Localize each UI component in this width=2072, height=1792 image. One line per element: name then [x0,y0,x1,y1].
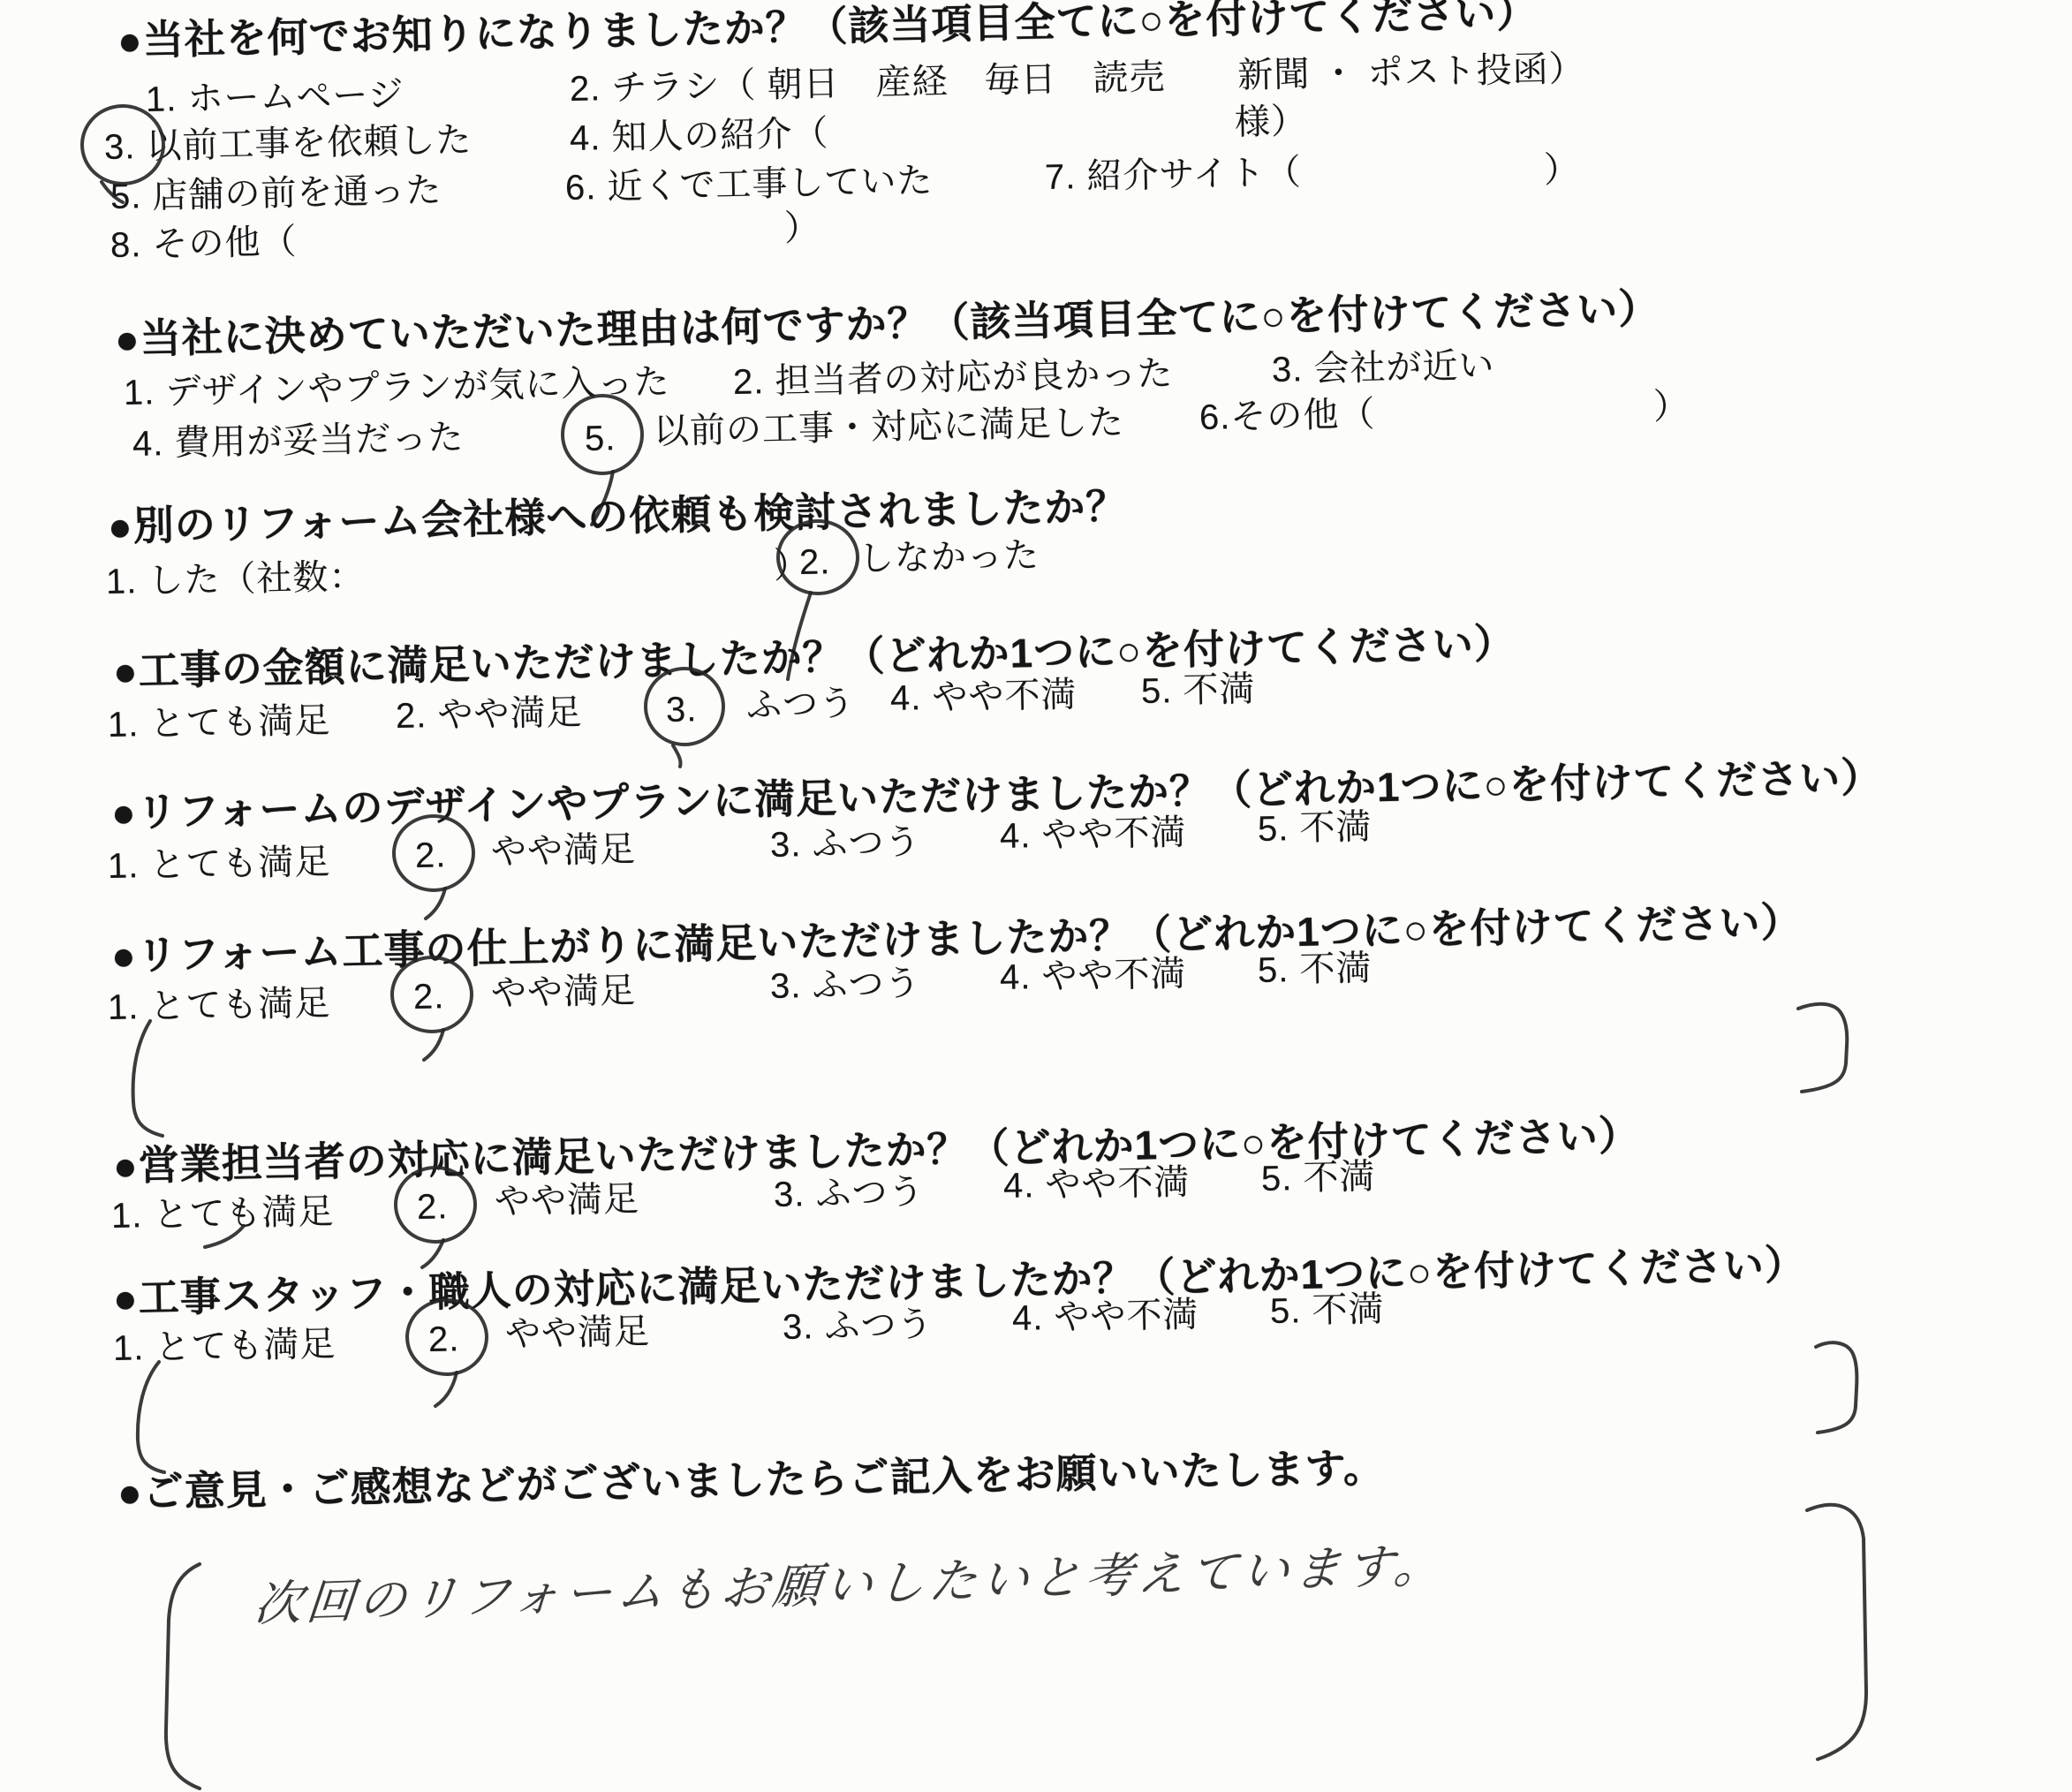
q2-option-3: 3. 会社が近い [1272,347,1495,389]
q6-heading: ●リフォーム工事の仕上がりに満足いただけましたか？（どれか1つに○を付けてくださ… [111,901,1803,979]
q7-option-4: 4. やや不満 [1003,1164,1191,1206]
q1-option-1: 1. ホームページ [146,76,405,119]
q1-option-4: 4. 知人の紹介（ [570,115,829,158]
handwritten-bracket-right-3-icon [1802,1493,1879,1768]
q8-option-2-text: やや満足 [505,1313,651,1354]
handwritten-bracket-right-2-icon [1811,1335,1864,1437]
q3-option-2-text: しなかった [858,537,1040,578]
q5-heading: ●リフォームのデザインやプランに満足いただけましたか？（どれか1つに○を付けてく… [111,756,1883,836]
handwritten-circle-q4-answer-3-icon [641,664,734,770]
q2-option-5-text: 以前の工事・対応に満足した [654,404,1125,451]
q7-option-3: 3. ふつう [774,1174,925,1215]
q9-heading: ●ご意見・ご感想などがございましたらご記入をお願いいたします。 [117,1446,1386,1515]
q5-option-2-text: やや満足 [491,831,637,872]
handwritten-bracket-left-3-icon [152,1560,210,1792]
handwritten-bracket-left-2-icon [122,1358,179,1475]
q3-option-1: 1. した（社数： [106,558,366,601]
q8-heading: ●工事スタッフ・職人の対応に満足いただけましたか？（どれか1つに○を付けてくださ… [113,1244,1807,1321]
handwritten-circle-q6-answer-2-icon [389,954,484,1062]
q5-option-3: 3. ふつう [770,824,921,866]
scanned-survey-sheet: ●当社を何でお知りになりましたか？（該当項目全てに○を付けてください） 1. ホ… [0,0,2072,1792]
q8-option-5: 5. 不満 [1270,1290,1385,1331]
q8-option-4: 4. やや不満 [1012,1297,1199,1338]
q6-option-2-text: やや満足 [491,972,637,1013]
q2-option-2: 2. 担当者の対応が良かった [733,355,1174,402]
q4-option-2: 2. やや満足 [396,694,583,736]
q2-option-4: 4. 費用が妥当だった [132,419,465,464]
q1-option-8-close-paren: ） [784,209,821,248]
q1-option-2: 2. チラシ（ 朝日 産経 毎日 読売 新聞 ・ ポスト投函） [570,50,1585,109]
q7-option-2-text: やや満足 [495,1181,640,1221]
q1-option-7: 7. 紹介サイト（ [1045,154,1302,197]
q1-option-4-suffix: 様） [1235,102,1308,142]
handwritten-circle-q5-answer-2-icon [390,813,486,920]
handwritten-circle-q7-answer-2-icon [392,1164,488,1272]
q7-option-5: 5. 不満 [1261,1158,1376,1198]
q1-option-8: 8. その他（ [110,223,298,265]
handwritten-bracket-left-1-icon [117,1017,178,1141]
q4-option-1: 1. とても満足 [108,702,331,745]
q1-option-7-close-paren: ） [1544,151,1581,190]
q1-option-6: 6. 近くで工事していた [565,163,934,208]
q8-option-3: 3. ふつう [783,1306,934,1348]
pen-mark-icon [201,1222,251,1252]
q5-option-5: 5. 不満 [1258,808,1373,849]
q6-option-4: 4. やや不満 [1000,956,1187,997]
q4-option-4: 4. やや不満 [890,677,1078,718]
q4-option-3-text: ふつう [746,685,856,726]
q2-option-6-close-paren: ） [1653,388,1690,427]
q6-option-3: 3. ふつう [770,965,921,1007]
q5-option-1: 1. とても満足 [108,843,331,886]
handwritten-bracket-right-1-icon [1791,996,1857,1098]
handwritten-circle-q8-answer-2-icon [404,1297,499,1410]
q2-option-6: 6.その他（ [1199,396,1376,437]
handwritten-circle-q1-answer-3-icon [75,99,181,214]
q5-option-4: 4. やや不満 [1000,814,1187,856]
handwritten-comment: 次回のリフォームもお願いしたいと考えています。 [252,1539,1448,1630]
q4-option-5: 5. 不満 [1141,670,1256,711]
q6-option-5: 5. 不満 [1258,949,1373,990]
